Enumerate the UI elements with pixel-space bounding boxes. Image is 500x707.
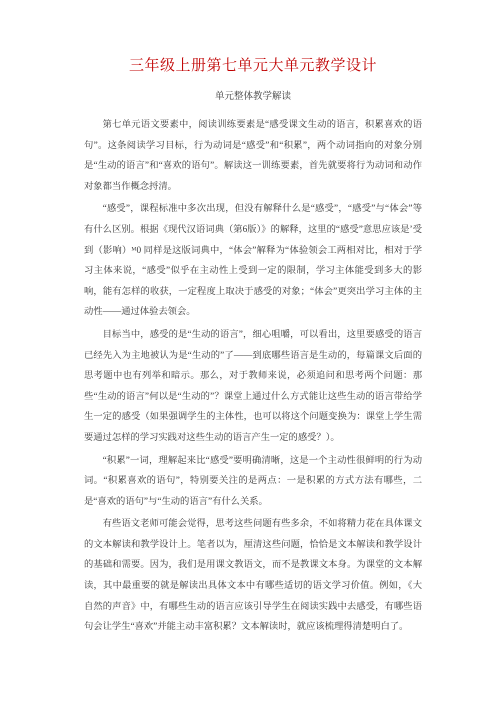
document-title: 三年级上册第七单元大单元教学设计	[84, 56, 422, 76]
document-subtitle: 单元整体教学解读	[84, 91, 422, 103]
paragraph-5: 有些语文老师可能会觉得，思考这些问题有些多余，不如将精力花在具体课文的文本解读和…	[84, 514, 422, 638]
paragraph-3: 目标当中，感受的是“生动的语言”，细心咀嚼，可以看出，这里要感受的语言已经先入为…	[84, 325, 422, 449]
document-body: 第七单元语文要素中，阅读训练要素是“感受课文生动的语言，积累喜欢的语句”。这条阅…	[84, 115, 422, 638]
paragraph-4: “积累”一词，理解起来比“感受”要明确清晰，这是一个主动性很鲜明的行为动词。“积…	[84, 451, 422, 513]
paragraph-1: 第七单元语文要素中，阅读训练要素是“感受课文生动的语言，积累喜欢的语句”。这条阅…	[84, 115, 422, 197]
paragraph-2: “感受”，课程标准中多次出现，但没有解释什么是“感受”，“感受”与“体会”等有什…	[84, 199, 422, 323]
document-page: 三年级上册第七单元大单元教学设计 单元整体教学解读 第七单元语文要素中，阅读训练…	[0, 0, 500, 707]
document-content: 三年级上册第七单元大单元教学设计 单元整体教学解读 第七单元语文要素中，阅读训练…	[0, 0, 500, 638]
